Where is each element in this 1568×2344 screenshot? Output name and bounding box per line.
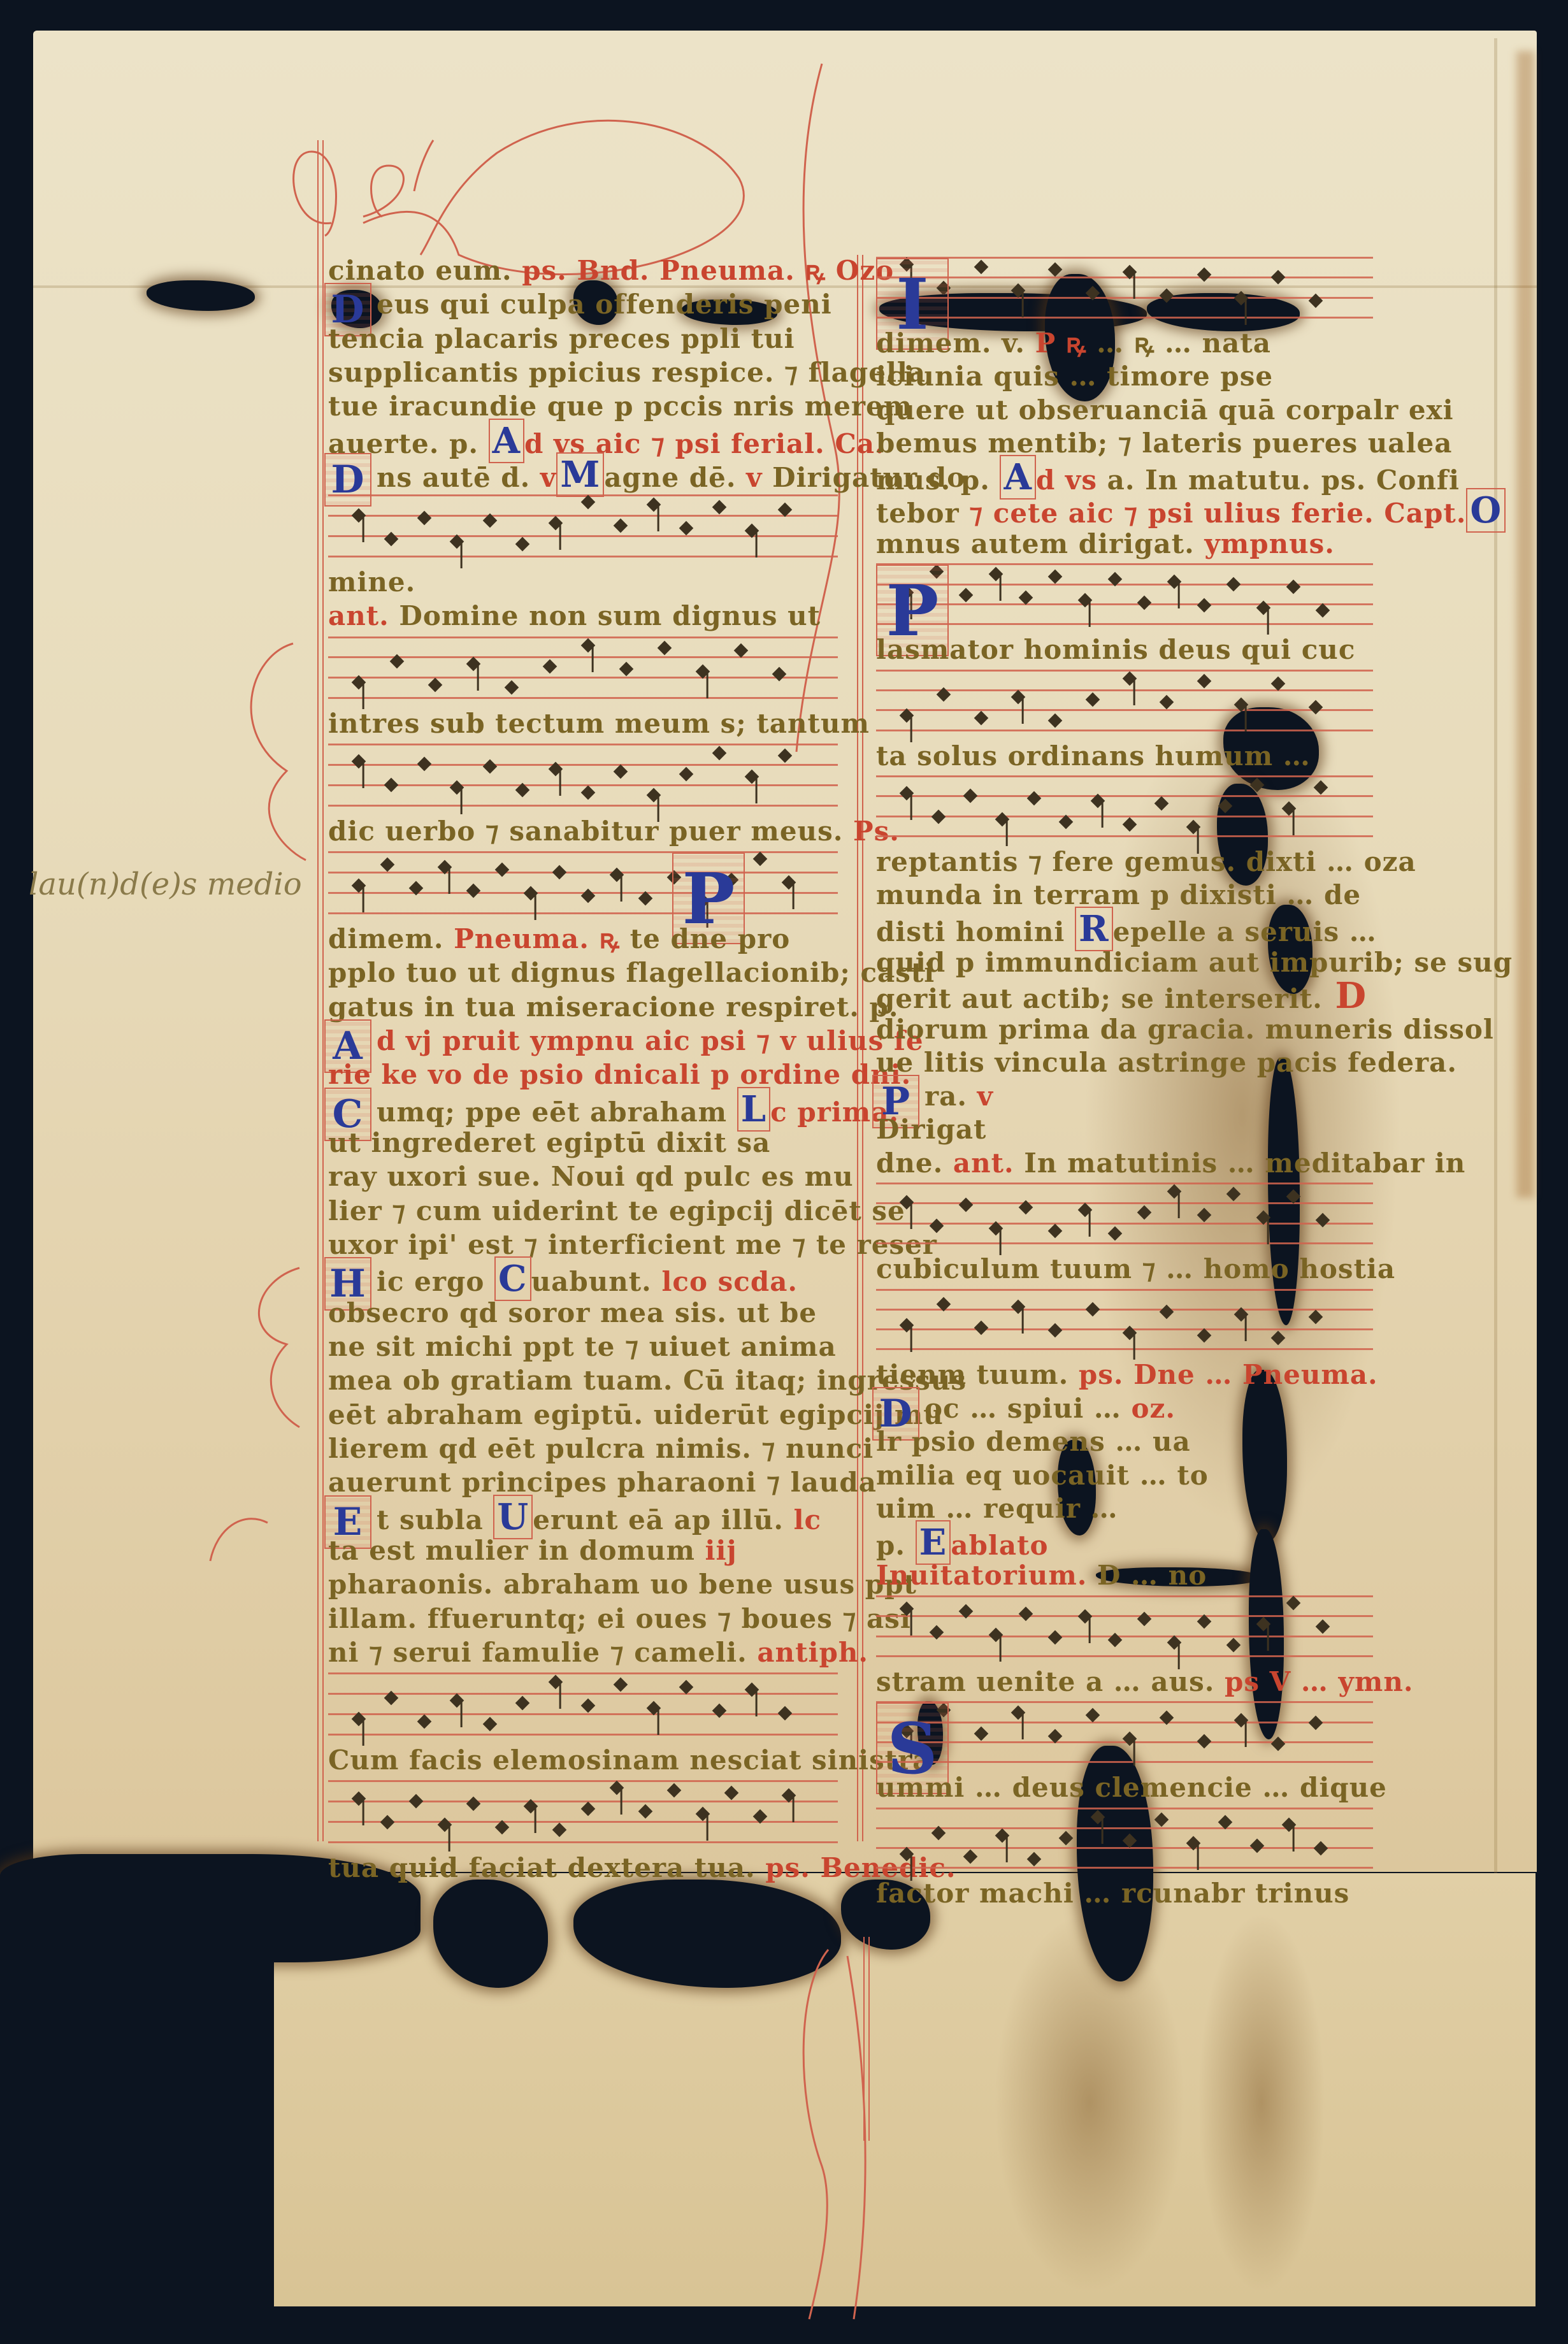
- text-line: tencia placaris preces ppli tui: [328, 320, 838, 358]
- rubric-text: ant.: [953, 1147, 1024, 1179]
- square-neume-note: [1186, 820, 1201, 835]
- square-neume-note: [552, 1823, 567, 1837]
- square-neume-note: [352, 879, 366, 893]
- square-neume-note: [1011, 689, 1026, 704]
- text-line: uxor ipi' est ⁊ interficient me ⁊ te res…: [328, 1226, 838, 1264]
- square-neume-note: [1271, 1330, 1286, 1345]
- staff-line: [876, 670, 1373, 672]
- square-neume-note: [753, 852, 768, 866]
- staff-line: [328, 1734, 838, 1736]
- water-stain: [1198, 1911, 1325, 2294]
- text-line: illam. ffueruntq; ei oues ⁊ boues ⁊ asi: [328, 1600, 838, 1638]
- square-neume-note: [1271, 270, 1286, 285]
- staff-line: [876, 1223, 1373, 1225]
- text-line: tienm tuum. ps. Dne … Pneuma.: [876, 1356, 1373, 1394]
- body-text: lier ⁊ cum uiderint te egipcij dicēt se: [328, 1195, 905, 1226]
- body-text: dimem.: [328, 923, 454, 954]
- square-neume-note: [352, 508, 366, 523]
- body-text: cinato eum.: [328, 255, 522, 286]
- music-staff: P: [328, 846, 838, 920]
- body-text: erunt eā ap illū.: [533, 1504, 793, 1535]
- body-text: In matutinis … meditabar in: [1024, 1147, 1465, 1179]
- square-neume-note: [384, 532, 399, 547]
- square-neume-note: [1316, 603, 1330, 618]
- text-line: mnus autem dirigat. ympnus.: [876, 525, 1373, 563]
- square-neume-note: [581, 786, 596, 800]
- text-line: uim … requir …: [876, 1490, 1373, 1528]
- missing-corner: [0, 1950, 274, 2344]
- music-staff: S: [876, 1696, 1373, 1769]
- music-staff: [328, 1667, 838, 1741]
- square-neume-note: [777, 749, 792, 763]
- text-line: ummi … deus clemencie … dique: [876, 1769, 1373, 1807]
- text-line: quid p immundiciam aut impurib; se sug: [876, 944, 1373, 982]
- text-line: dne. ant. In matutinis … meditabar in: [876, 1144, 1373, 1183]
- square-neume-note: [1286, 580, 1300, 594]
- body-text: dic uerbo ⁊ sanabitur puer meus.: [328, 816, 853, 847]
- square-neume-note: [515, 537, 530, 552]
- square-neume-note: [1197, 1208, 1211, 1223]
- text-line: tua quid faciat dextera tua. ps. Benedic…: [328, 1849, 838, 1887]
- square-neume-note: [614, 765, 628, 779]
- square-neume-note: [772, 666, 787, 681]
- staff-line: [328, 494, 838, 496]
- staff-line: [328, 535, 838, 537]
- body-text: lr psio demens … ua: [876, 1426, 1191, 1457]
- square-neume-note: [380, 1815, 395, 1830]
- staff-line: [876, 730, 1373, 731]
- square-neume-note: [1085, 1302, 1100, 1316]
- text-line: pharaonis. abraham uo bene usus ppt: [328, 1565, 838, 1604]
- staff-line: [328, 1780, 838, 1782]
- square-neume-note: [1308, 1309, 1323, 1324]
- square-neume-note: [1123, 1732, 1137, 1746]
- staff-line: [328, 1713, 838, 1715]
- square-neume-note: [610, 868, 624, 882]
- music-staff: [876, 665, 1373, 737]
- body-text: quid p immundiciam aut impurib; se sug: [876, 947, 1513, 978]
- square-neume-note: [409, 1794, 424, 1809]
- text-line: ray uxori sue. Noui qd pulc es mu: [328, 1158, 838, 1196]
- body-text: ns autē d.: [377, 462, 540, 493]
- staff-line: [328, 764, 838, 766]
- body-text: ummi … deus clemencie … dique: [876, 1772, 1387, 1803]
- staff-line: [876, 257, 1373, 259]
- text-line: disti homini Repelle a seruis …: [876, 910, 1373, 948]
- square-neume-note: [1167, 1184, 1182, 1199]
- left-text-column: cinato eum. ps. Bnd. Pneuma. ꝶ OzoDeus q…: [328, 252, 838, 1883]
- staff-line: [876, 277, 1373, 278]
- body-text: diorum prima da gracia. muneris dissol: [876, 1014, 1494, 1045]
- body-text: lierem qd eēt pulcra nimis. ⁊ nunci: [328, 1433, 874, 1464]
- square-neume-note: [777, 1706, 792, 1721]
- square-neume-note: [581, 1699, 596, 1713]
- square-neume-note: [1107, 1226, 1122, 1241]
- square-neume-note: [482, 1717, 497, 1732]
- text-line: auerunt principes pharaoni ⁊ lauda: [328, 1463, 838, 1502]
- square-neume-note: [638, 1804, 653, 1819]
- staff-line: [876, 709, 1373, 711]
- square-neume-note: [552, 865, 567, 880]
- square-neume-note: [929, 1625, 944, 1640]
- body-text: Dirigat: [876, 1114, 986, 1145]
- square-neume-note: [1286, 1190, 1300, 1204]
- text-line: ut ingrederet egiptū dixit sa: [328, 1124, 838, 1162]
- square-neume-note: [900, 1195, 914, 1210]
- square-neume-note: [1197, 673, 1211, 688]
- square-neume-note: [466, 884, 481, 898]
- staff-line: [328, 784, 838, 786]
- rubric-text: lc: [794, 1504, 822, 1535]
- text-line: Dns autē d. vMagne dē. v Dirigatur do: [328, 456, 838, 494]
- square-neume-note: [1160, 694, 1174, 709]
- body-text: eus qui culpa offenderis peni: [377, 289, 832, 320]
- body-text: uabunt.: [531, 1266, 662, 1297]
- square-neume-note: [1316, 1213, 1330, 1228]
- square-neume-note: [1282, 1817, 1297, 1832]
- square-neume-note: [1197, 268, 1211, 282]
- staff-line: [328, 656, 838, 658]
- staff-line: [876, 1761, 1373, 1763]
- square-neume-note: [417, 511, 432, 526]
- square-neume-note: [1137, 596, 1152, 610]
- text-line: lr psio demens … ua: [876, 1423, 1373, 1461]
- rubric-text: lco scda.: [661, 1266, 798, 1297]
- square-neume-note: [1234, 291, 1249, 306]
- body-text: umq; ppe eēt abraham: [377, 1097, 737, 1128]
- body-text: tienm tuum.: [876, 1359, 1079, 1390]
- text-line: Dirigat: [876, 1111, 1373, 1149]
- rubric-text: Inuitatorium.: [876, 1560, 1097, 1591]
- body-text: illam. ffueruntq; ei oues ⁊ boues ⁊ asi: [328, 1603, 911, 1634]
- square-neume-note: [1027, 1851, 1042, 1866]
- staff-line: [328, 872, 838, 874]
- square-neume-note: [515, 1696, 530, 1711]
- square-neume-note: [1059, 1830, 1074, 1845]
- music-staff: [876, 1284, 1373, 1356]
- rubric-text: d vj pruit ympnu aic psi ⁊ v ulius fe: [377, 1025, 924, 1056]
- body-text: munda in terram p dixisti … de: [876, 879, 1361, 910]
- rubric-text: antiph.: [757, 1637, 868, 1668]
- staff-line: [328, 1841, 838, 1843]
- square-neume-note: [647, 788, 661, 803]
- body-text: uxor ipi' est ⁊ interficient me ⁊ te res…: [328, 1229, 937, 1260]
- body-text: mea ob gratiam tuam. Cū itaq; ingressus: [328, 1365, 967, 1396]
- square-neume-note: [1091, 1809, 1105, 1824]
- square-neume-note: [417, 757, 432, 772]
- body-text: Domine non sum dignus ut: [399, 600, 821, 631]
- square-neume-note: [696, 1807, 710, 1822]
- square-neume-note: [614, 1678, 628, 1692]
- body-text: oc … spiui …: [924, 1393, 1132, 1424]
- body-text: agne dē.: [604, 462, 746, 493]
- square-neume-note: [724, 1786, 739, 1801]
- square-neume-note: [1271, 676, 1286, 691]
- square-neume-note: [712, 746, 726, 761]
- text-line: munda in terram p dixisti … de: [876, 876, 1373, 914]
- square-neume-note: [931, 810, 946, 824]
- pen-flourish-bottom: [784, 1937, 886, 2344]
- body-text: ray uxori sue. Noui qd pulc es mu: [328, 1161, 854, 1192]
- square-neume-note: [1226, 577, 1241, 592]
- pen-flourish-left: [191, 605, 319, 1625]
- text-line: Deus qui culpa offenderis peni: [328, 285, 838, 324]
- staff-line: [876, 816, 1373, 817]
- staff-line: [876, 775, 1373, 777]
- staff-line: [876, 317, 1373, 319]
- square-neume-note: [466, 656, 481, 671]
- text-line: dimem. v. P ꝶ … ꝶ … nata: [876, 324, 1373, 363]
- rubric-text: ps. Bnd. Pneuma. ꝶ Ozo: [522, 255, 894, 286]
- square-neume-note: [782, 875, 796, 890]
- body-text: stram uenite a … aus.: [876, 1666, 1225, 1697]
- square-neume-note: [1154, 1812, 1169, 1827]
- text-line: Inuitatorium. D … no: [876, 1557, 1373, 1595]
- body-text: ra.: [924, 1081, 977, 1112]
- body-text: dne.: [876, 1147, 953, 1179]
- text-line: gerit aut actib; se interserit. D: [876, 977, 1373, 1015]
- square-neume-note: [995, 812, 1010, 827]
- square-neume-note: [1226, 1638, 1241, 1653]
- square-neume-note: [1197, 598, 1211, 613]
- square-neume-note: [384, 778, 399, 793]
- staff-line: [876, 563, 1373, 565]
- text-line: Et subla Uerunt eā ap illū. lc: [328, 1498, 838, 1536]
- body-text: ni ⁊ serui famulie ⁊ cameli.: [328, 1637, 757, 1668]
- square-neume-note: [1048, 262, 1063, 277]
- square-neume-note: [647, 498, 661, 512]
- text-line: dic uerbo ⁊ sanabitur puer meus. Ps.: [328, 812, 838, 851]
- square-neume-note: [1308, 294, 1323, 308]
- inline-initial: O: [1466, 488, 1506, 533]
- rubric-text: Pneuma. ꝶ: [454, 923, 620, 954]
- square-neume-note: [619, 661, 634, 676]
- staff-line: [328, 556, 838, 557]
- square-neume-note: [1137, 1205, 1152, 1220]
- rubric-text: v: [977, 1081, 993, 1112]
- square-neume-note: [1250, 1838, 1265, 1853]
- square-neume-note: [1027, 791, 1042, 806]
- body-text: te dne pro: [620, 923, 790, 954]
- staff-line: [876, 1615, 1373, 1617]
- square-neume-note: [352, 754, 366, 769]
- square-neume-note: [417, 1715, 432, 1729]
- edge-stain: [1516, 51, 1534, 1198]
- staff-line: [328, 677, 838, 679]
- body-text: lasmator hominis deus qui cuc: [876, 634, 1355, 665]
- square-neume-note: [995, 1828, 1010, 1843]
- body-text: mnus autem dirigat.: [876, 528, 1204, 559]
- rubric-text: ps. Dne …: [1079, 1359, 1242, 1390]
- body-text: … ꝶ: [1086, 327, 1154, 359]
- square-neume-note: [1078, 1203, 1093, 1218]
- body-text: ut ingrederet egiptū dixit sa: [328, 1127, 770, 1158]
- marginal-annotation: lau(n)d(e)s medio: [29, 866, 302, 902]
- square-neume-note: [1282, 802, 1297, 816]
- staff-line: [876, 835, 1373, 837]
- square-neume-note: [1218, 799, 1233, 814]
- body-text: ta solus ordinans humum …: [876, 740, 1311, 772]
- rubric-text: Pneuma.: [1242, 1359, 1378, 1390]
- square-neume-note: [1314, 1841, 1328, 1855]
- body-text: factor machi … rcunabr trinus: [876, 1878, 1349, 1909]
- rubric-text: oz.: [1132, 1393, 1176, 1424]
- square-neume-note: [1167, 575, 1182, 589]
- body-text: ue litis vincula astringe pacis federa.: [876, 1047, 1457, 1078]
- text-line: Hic ergo Cuabunt. lco scda.: [328, 1260, 838, 1298]
- square-neume-note: [974, 1727, 988, 1741]
- music-staff: [328, 631, 838, 705]
- body-text: supplicantis ppicius respice. ⁊ flagella: [328, 357, 926, 388]
- text-line: diorum prima da gracia. muneris dissol: [876, 1010, 1373, 1049]
- square-neume-note: [466, 1797, 481, 1811]
- body-text: eēt abraham egiptū. uiderūt egipcij mu: [328, 1399, 944, 1430]
- staff-line: [876, 623, 1373, 625]
- square-neume-note: [1250, 778, 1265, 793]
- rubric-text: ant.: [328, 600, 399, 631]
- right-text-column: Idimem. v. P ꝶ … ꝶ … nataiciunia quis … …: [876, 252, 1373, 1908]
- square-neume-note: [1286, 1596, 1300, 1611]
- text-line: tue iracundie que p pccis nris merem: [328, 387, 838, 426]
- text-line: eēt abraham egiptū. uiderūt egipcij mu: [328, 1396, 838, 1434]
- square-neume-note: [1271, 1737, 1286, 1751]
- staff-line: [876, 1636, 1373, 1637]
- body-text: … nata: [1154, 327, 1271, 359]
- rubric-text: v: [746, 462, 762, 493]
- body-text: t subla: [377, 1504, 493, 1535]
- square-neume-note: [1085, 1708, 1100, 1723]
- square-neume-note: [495, 863, 510, 877]
- text-line: intres sub tectum meum s; tantum: [328, 705, 838, 743]
- square-neume-note: [989, 1628, 1003, 1643]
- body-text: tue iracundie que p pccis nris merem: [328, 391, 912, 422]
- text-line: Cum facis elemosinam nesciat sinistra: [328, 1741, 838, 1780]
- square-neume-note: [1123, 671, 1137, 686]
- square-neume-note: [581, 638, 596, 652]
- text-line: dimem. Pneuma. ꝶ te dne pro: [328, 920, 838, 958]
- text-line: ne sit michi ppt te ⁊ uiuet anima: [328, 1328, 838, 1366]
- square-neume-note: [1308, 1716, 1323, 1730]
- rubric-text: v: [540, 462, 556, 493]
- square-neume-note: [679, 521, 694, 536]
- staff-line: [876, 689, 1373, 691]
- square-neume-note: [963, 789, 978, 803]
- square-neume-note: [581, 889, 596, 903]
- square-neume-note: [548, 1675, 563, 1690]
- square-neume-note: [745, 770, 759, 784]
- staff-line: [876, 1808, 1373, 1809]
- body-text: Cum facis elemosinam nesciat sinistra: [328, 1744, 931, 1776]
- square-neume-note: [438, 1818, 452, 1832]
- text-line: supplicantis ppicius respice. ⁊ flagella: [328, 354, 838, 392]
- square-neume-note: [428, 677, 443, 692]
- square-neume-note: [1316, 1620, 1330, 1634]
- water-stain: [994, 1911, 1185, 2294]
- square-neume-note: [900, 786, 914, 801]
- rubric-text: ps V … ymn.: [1225, 1666, 1413, 1697]
- body-text: milia eq uocauit … to: [876, 1460, 1209, 1491]
- square-neume-note: [712, 500, 726, 515]
- music-staff: [328, 1775, 838, 1849]
- staff-line: [876, 1183, 1373, 1184]
- staff-line: [876, 1701, 1373, 1703]
- text-line: ta solus ordinans humum …: [876, 737, 1373, 775]
- staff-line: [328, 515, 838, 517]
- text-line: lierem qd eēt pulcra nimis. ⁊ nunci: [328, 1430, 838, 1468]
- text-line: Cumq; ppe eēt abraham Lc prima.: [328, 1090, 838, 1128]
- music-staff: P: [876, 558, 1373, 631]
- text-line: bemus mentib; ⁊ lateris pueres ualea: [876, 424, 1373, 463]
- square-neume-note: [1160, 1304, 1174, 1319]
- staff-line: [328, 1672, 838, 1674]
- text-line: mea ob gratiam tuam. Cū itaq; ingressus: [328, 1362, 838, 1400]
- square-neume-note: [1197, 1734, 1211, 1749]
- text-line: factor machi … rcunabr trinus: [876, 1874, 1373, 1913]
- music-staff: I: [876, 252, 1373, 324]
- square-neume-note: [581, 1802, 596, 1816]
- body-text: intres sub tectum meum s; tantum: [328, 708, 870, 739]
- staff-line: [876, 603, 1373, 605]
- square-neume-note: [1167, 1636, 1182, 1650]
- staff-line: [876, 1348, 1373, 1350]
- text-line: ni ⁊ serui famulie ⁊ cameli. antiph.: [328, 1634, 838, 1672]
- staff-line: [876, 795, 1373, 797]
- body-text: ic ergo: [377, 1266, 494, 1297]
- square-neume-note: [667, 1783, 682, 1798]
- text-line: quere ut obseruanciā quā corpalr exi: [876, 391, 1373, 429]
- music-staff: [876, 1177, 1373, 1250]
- body-text: D … no: [1097, 1560, 1207, 1591]
- square-neume-note: [1160, 289, 1174, 303]
- music-staff: [328, 489, 838, 563]
- body-text: gatus in tua miseracione respiret. p.: [328, 991, 899, 1023]
- body-text: quere ut obseruanciā quā corpalr exi: [876, 394, 1454, 426]
- square-neume-note: [543, 659, 557, 673]
- music-staff: [876, 1590, 1373, 1663]
- text-line: iciunia quis … timore pse: [876, 357, 1373, 396]
- staff-line: [328, 1801, 838, 1802]
- square-neume-note: [1078, 593, 1093, 608]
- text-line: mus. p. Ad vs a. In matutu. ps. Confi: [876, 458, 1373, 496]
- square-neume-note: [1226, 1187, 1241, 1202]
- text-line: gatus in tua miseracione respiret. p.: [328, 988, 838, 1026]
- staff-line: [876, 1595, 1373, 1597]
- square-neume-note: [974, 260, 988, 275]
- body-text: ne sit michi ppt te ⁊ uiuet anima: [328, 1331, 837, 1362]
- square-neume-note: [963, 1849, 978, 1864]
- square-neume-note: [1308, 700, 1323, 714]
- staff-line: [876, 297, 1373, 299]
- square-neume-note: [974, 710, 988, 725]
- square-neume-note: [1256, 1617, 1271, 1632]
- square-neume-note: [712, 1704, 726, 1718]
- square-neume-note: [524, 886, 538, 901]
- square-neume-note: [548, 516, 563, 531]
- square-neume-note: [610, 1781, 624, 1795]
- square-neume-note: [900, 1602, 914, 1616]
- square-neume-note: [1123, 1833, 1137, 1848]
- music-staff: [876, 770, 1373, 843]
- staff-line: [876, 1827, 1373, 1829]
- square-neume-note: [614, 519, 628, 533]
- body-text: reptantis ⁊ fere gemus. dixti … oza: [876, 846, 1416, 877]
- square-neume-note: [1314, 780, 1328, 795]
- text-line: lier ⁊ cum uiderint te egipcij dicēt se: [328, 1192, 838, 1230]
- text-line: ue litis vincula astringe pacis federa.: [876, 1044, 1373, 1082]
- square-neume-note: [1048, 1630, 1063, 1645]
- body-text: iciunia quis … timore pse: [876, 361, 1273, 392]
- text-line: tebor ⁊ cete aic ⁊ psi ulius ferie. Capt…: [876, 491, 1373, 529]
